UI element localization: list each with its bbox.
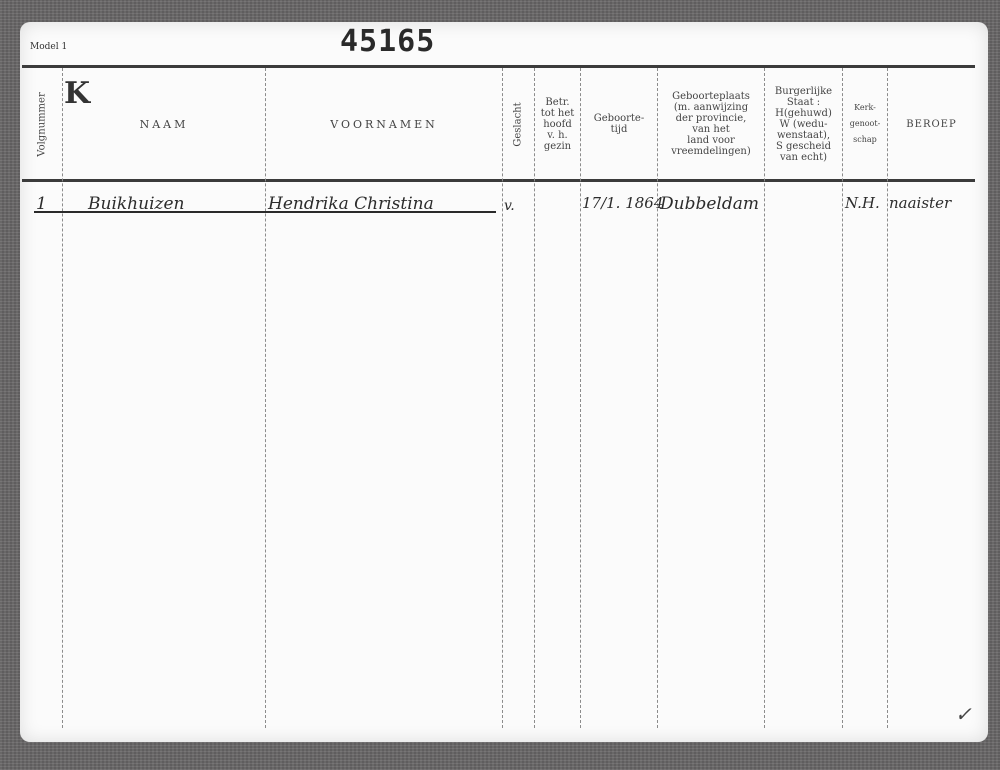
header-volgnummer: Volgnummer [22, 70, 62, 178]
header-burgerlijke-staat-lines: Burgerlijke Staat : H(gehuwd) W (wedu- w… [775, 86, 832, 163]
header-line: hoofd [541, 119, 575, 130]
header-line: v. h. [541, 130, 575, 141]
header-volgnummer-label: Volgnummer [37, 92, 48, 156]
header-line: Burgerlijke [775, 86, 832, 97]
header-line: (m. aanwijzing [671, 102, 751, 113]
header-kerkgenootschap-lines: Kerk- genoot- schap [850, 100, 881, 148]
header-geslacht-label: Geslacht [513, 102, 524, 146]
header-line: tijd [594, 124, 644, 135]
header-line: Kerk- [850, 100, 881, 116]
header-naam-label: NAAM [140, 119, 189, 130]
card-number: 45165 [340, 24, 435, 59]
header-geboorteplaats: Geboorteplaats (m. aanwijzing der provin… [658, 70, 764, 178]
check-mark: ✓ [955, 702, 972, 726]
header-line: Geboorteplaats [671, 91, 751, 102]
cell-kerkgenootschap: N.H. [845, 194, 880, 212]
header-line: H(gehuwd) [775, 108, 832, 119]
header-line: van echt) [775, 152, 832, 163]
header-beroep: BEROEP [888, 70, 975, 178]
header-geslacht: Geslacht [503, 70, 534, 178]
header-geboortetijd-lines: Geboorte- tijd [594, 113, 644, 135]
cell-geboortetijd: 17/1. 1864 [582, 194, 663, 212]
header-line: W (wedu- [775, 119, 832, 130]
header-line: Betr. [541, 97, 575, 108]
header-line: land voor [671, 135, 751, 146]
header-burgerlijke-staat: Burgerlijke Staat : H(gehuwd) W (wedu- w… [765, 70, 842, 178]
cell-geboorteplaats: Dubbeldam [660, 194, 759, 214]
header-line: schap [850, 132, 881, 148]
header-line: tot het [541, 108, 575, 119]
header-line: genoot- [850, 116, 881, 132]
cell-geslacht: v. [504, 198, 515, 214]
header-geboorteplaats-lines: Geboorteplaats (m. aanwijzing der provin… [671, 91, 751, 157]
header-line: van het [671, 124, 751, 135]
strikethrough-line [34, 211, 496, 213]
header-line: S gescheid [775, 141, 832, 152]
header-line: vreemdelingen) [671, 146, 751, 157]
header-line: gezin [541, 141, 575, 152]
header-line: Staat : [775, 97, 832, 108]
header-line: Geboorte- [594, 113, 644, 124]
header-kerkgenootschap: Kerk- genoot- schap [843, 70, 887, 178]
header-voornamen-label: VOORNAMEN [330, 119, 438, 130]
cell-beroep: naaister [889, 194, 951, 212]
header-naam: NAAM [63, 70, 265, 178]
header-betrekking-lines: Betr. tot het hoofd v. h. gezin [541, 97, 575, 152]
header-betrekking: Betr. tot het hoofd v. h. gezin [535, 70, 580, 178]
header-voornamen: VOORNAMEN [266, 70, 502, 178]
model-label: Model 1 [30, 42, 67, 52]
header-line: wenstaat), [775, 130, 832, 141]
header-geboortetijd: Geboorte- tijd [581, 70, 657, 178]
header-line: der provincie, [671, 113, 751, 124]
header-bottom-rule [22, 179, 975, 182]
header-beroep-label: BEROEP [906, 119, 956, 130]
header-top-rule [22, 65, 975, 68]
